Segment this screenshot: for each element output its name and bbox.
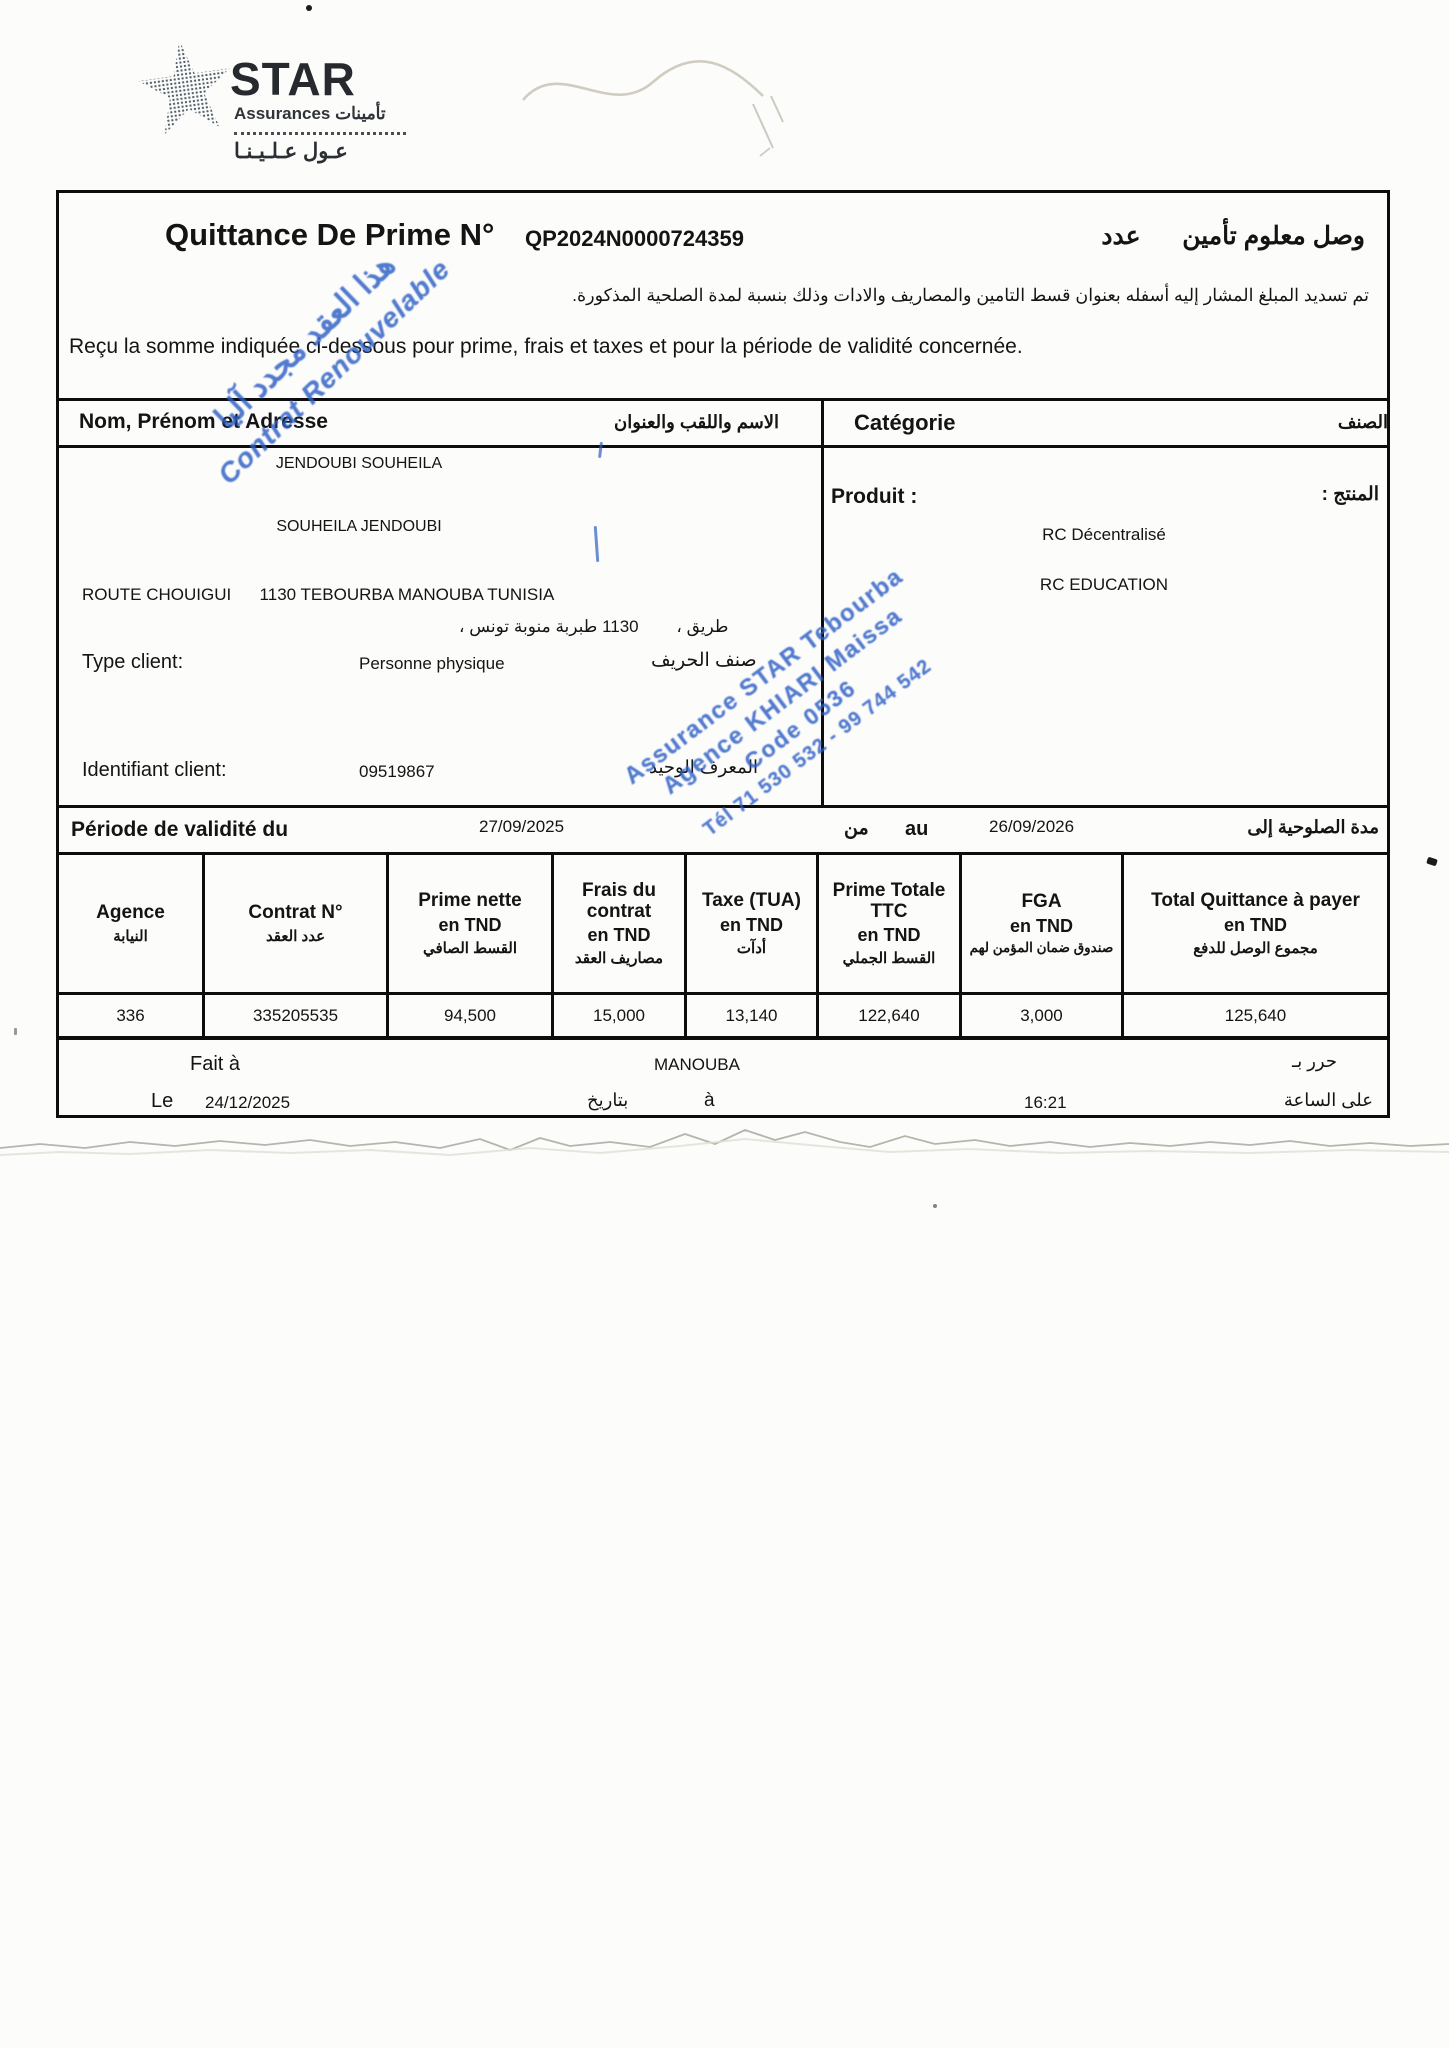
product-label-ar: المنتج : — [1322, 483, 1379, 506]
cell-prime-nette: 94,500 — [389, 995, 554, 1040]
validity-label-ar: مدة الصلوحية إلى — [1247, 817, 1379, 838]
col-header-prime-totale: Prime Totale TTC en TND القسط الجملي — [819, 855, 962, 995]
client-type-value: Personne physique — [359, 654, 505, 674]
ink-speck — [933, 1204, 937, 1208]
col-header-fga: FGA en TND صندوق ضمان المؤمن لهم — [962, 855, 1124, 995]
col-header-contrat: Contrat N° عدد العقد — [205, 855, 389, 995]
col-header-total: Total Quittance à payer en TND مجموع الو… — [1124, 855, 1387, 995]
client-type-label-ar: صنف الحريف — [651, 649, 757, 672]
logo-brand: STAR — [230, 52, 356, 106]
ink-speck — [1426, 857, 1438, 867]
client-id-label: Identifiant client: — [82, 759, 227, 782]
footer-time: 16:21 — [1024, 1093, 1067, 1113]
col-header-agence: Agence النيابة — [59, 855, 205, 995]
footer-place: MANOUBA — [654, 1055, 740, 1075]
validity-date-to: 26/09/2026 — [989, 817, 1074, 837]
logo-subtitle: Assurances تأمينات — [234, 104, 386, 124]
product-label-fr: Produit : — [831, 485, 917, 509]
footer-fait-ar: حرر بـ — [1292, 1051, 1337, 1072]
client-name-line2: SOUHEILA JENDOUBI — [229, 518, 489, 536]
star-icon — [132, 34, 240, 142]
col-header-taxe: Taxe (TUA) en TND أدآت — [687, 855, 819, 995]
torn-edge — [0, 1122, 1449, 1182]
product-line1: RC Décentralisé — [824, 525, 1384, 545]
intro-text-fr: Reçu la somme indiquée ci-dessous pour p… — [69, 335, 1023, 359]
cell-total: 125,640 — [1124, 995, 1387, 1040]
footer-le-label: Le — [151, 1090, 173, 1113]
logo-dotted-divider — [234, 132, 406, 135]
validity-label-fr: Période de validité du — [71, 818, 288, 842]
footer-time-ar: على الساعة — [1284, 1090, 1373, 1111]
receipt-number: QP2024N0000724359 — [525, 226, 744, 252]
validity-to-fr: au — [905, 818, 928, 841]
name-address-header-ar: الاسم واللقب والعنوان — [614, 412, 779, 433]
star-logo: STAR Assurances تأمينات عـول عـلـيـنـا — [138, 36, 458, 171]
intro-text-ar: تم تسديد المبلغ المشار إليه أسفله بعنوان… — [572, 285, 1369, 306]
cell-prime-totale: 122,640 — [819, 995, 962, 1040]
footer-fait-label: Fait à — [190, 1053, 240, 1076]
footer-date: 24/12/2025 — [205, 1093, 290, 1113]
category-header-fr: Catégorie — [854, 410, 955, 436]
client-address-ar: طريق ، 1130 طبربة منوبة تونس ، — [459, 617, 728, 637]
cell-contrat: 335205535 — [205, 995, 389, 1040]
cell-fga: 3,000 — [962, 995, 1124, 1040]
cell-agence: 336 — [59, 995, 205, 1040]
cell-taxe: 13,140 — [687, 995, 819, 1040]
pencil-scribble — [505, 38, 835, 168]
client-address-fr: ROUTE CHOUIGUI 1130 TEBOURBA MANOUBA TUN… — [82, 585, 554, 605]
category-header-ar: الصنف — [1338, 412, 1388, 433]
cell-frais: 15,000 — [554, 995, 687, 1040]
doc-title-ar: وصل معلوم تأمين عدد — [1101, 221, 1365, 251]
validity-from-ar: من — [844, 817, 869, 840]
logo-tagline: عـول عـلـيـنـا — [234, 139, 348, 164]
premium-table: Agence النيابة Contrat N° عدد العقد Prim… — [59, 855, 1387, 1040]
client-id-value: 09519867 — [359, 762, 435, 782]
receipt-document: Quittance De Prime N° QP2024N0000724359 … — [56, 190, 1390, 1118]
scanned-receipt-page: STAR Assurances تأمينات عـول عـلـيـنـا Q… — [0, 0, 1449, 2048]
ink-speck — [306, 5, 312, 11]
footer-a-label: à — [704, 1090, 715, 1112]
ink-speck — [14, 1028, 17, 1035]
client-type-label: Type client: — [82, 651, 183, 674]
footer-date-ar: بتاريخ — [587, 1090, 628, 1111]
